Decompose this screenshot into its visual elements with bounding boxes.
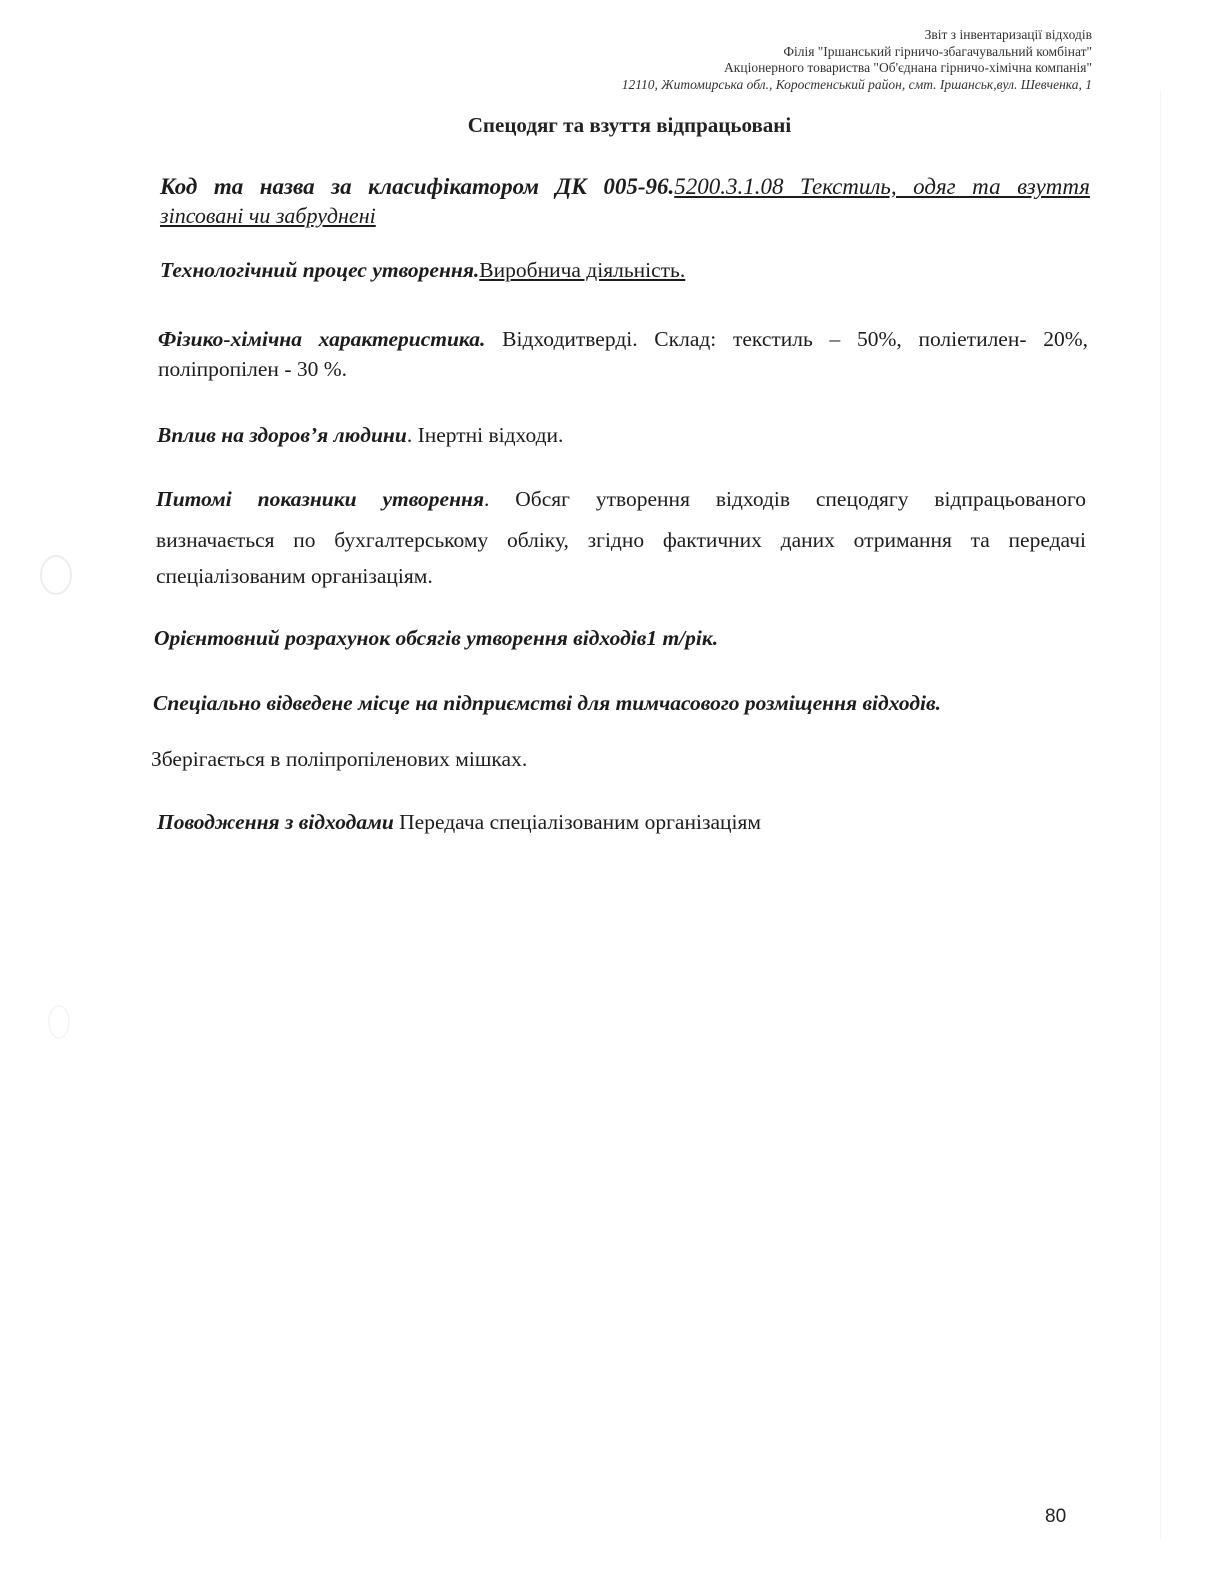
section-label: Технологічний процес утворення.: [160, 258, 479, 282]
document-header: Звіт з інвентаризації відходів Філія "Ір…: [622, 27, 1092, 93]
page-number: 80: [1045, 1506, 1066, 1528]
section-storage: Спеціально відведене місце на підприємст…: [153, 689, 941, 717]
header-address: 12110, Житомирська обл., Коростенський р…: [622, 77, 1092, 94]
section-value: Виробнича діяльність.: [479, 258, 685, 282]
section-value: зіпсовані чи забруднені: [160, 203, 376, 228]
section-code-cont: зіпсовані чи забруднені: [160, 202, 376, 230]
section-label: Поводження з відходами: [157, 810, 394, 834]
section-value: Передача спеціалізованим організаціям: [394, 810, 761, 834]
section-health: Вплив на здоров’я людини. Інертні відход…: [157, 421, 563, 449]
scan-edge: [1160, 90, 1161, 1540]
section-value: 5200.3.1.08 Текстиль, одяг та взуття: [674, 174, 1090, 199]
section-specific: Питомі показники утворення. Обсяг утворе…: [156, 485, 1086, 513]
section-value: . Інертні відходи.: [407, 423, 564, 447]
page-title: Спецодяг та взуття відпрацьовані: [0, 113, 1219, 138]
header-line: Філія "Іршанський гірничо-збагачувальний…: [622, 44, 1092, 61]
section-value: . Обсяг утворення відходів спецодягу від…: [484, 487, 1086, 511]
section-storage-value: Зберігається в поліпропіленових мішках.: [151, 745, 527, 773]
section-code: Код та назва за класифікатором ДК 005-96…: [160, 173, 1090, 201]
section-specific-cont: спеціалізованим організаціям.: [156, 562, 433, 590]
section-value: Зберігається в поліпропіленових мішках.: [151, 747, 527, 771]
section-estimate: Орієнтовний розрахунок обсягів утворення…: [154, 624, 718, 652]
section-label: Спеціально відведене місце на підприємст…: [153, 691, 941, 715]
punch-hole-mark: [40, 555, 72, 595]
section-label: Вплив на здоров’я людини: [157, 423, 407, 447]
section-value: спеціалізованим організаціям.: [156, 564, 433, 588]
section-value: Відходитверді. Склад: текстиль – 50%, по…: [485, 327, 1088, 351]
section-label: Фізико-хімічна характеристика.: [158, 327, 485, 351]
section-process: Технологічний процес утворення.Виробнича…: [160, 256, 685, 284]
section-value: визначається по бухгалтерському обліку, …: [156, 528, 1086, 552]
section-specific-cont: визначається по бухгалтерському обліку, …: [156, 526, 1086, 554]
section-value: поліпропілен - 30 %.: [158, 357, 347, 381]
section-physchem-cont: поліпропілен - 30 %.: [158, 355, 347, 383]
header-line: Акціонерного товариства "Об'єднана гірни…: [622, 60, 1092, 77]
section-label: Код та назва за класифікатором ДК 005-96…: [160, 174, 674, 199]
punch-hole-mark: [48, 1005, 70, 1039]
section-physchem: Фізико-хімічна характеристика. Відходитв…: [158, 325, 1088, 353]
section-label: Питомі показники утворення: [156, 487, 484, 511]
header-line: Звіт з інвентаризації відходів: [622, 27, 1092, 44]
section-handling: Поводження з відходами Передача спеціалі…: [157, 808, 761, 836]
document-page: Звіт з інвентаризації відходів Філія "Ір…: [0, 0, 1219, 1574]
section-label: Орієнтовний розрахунок обсягів утворення…: [154, 626, 718, 650]
